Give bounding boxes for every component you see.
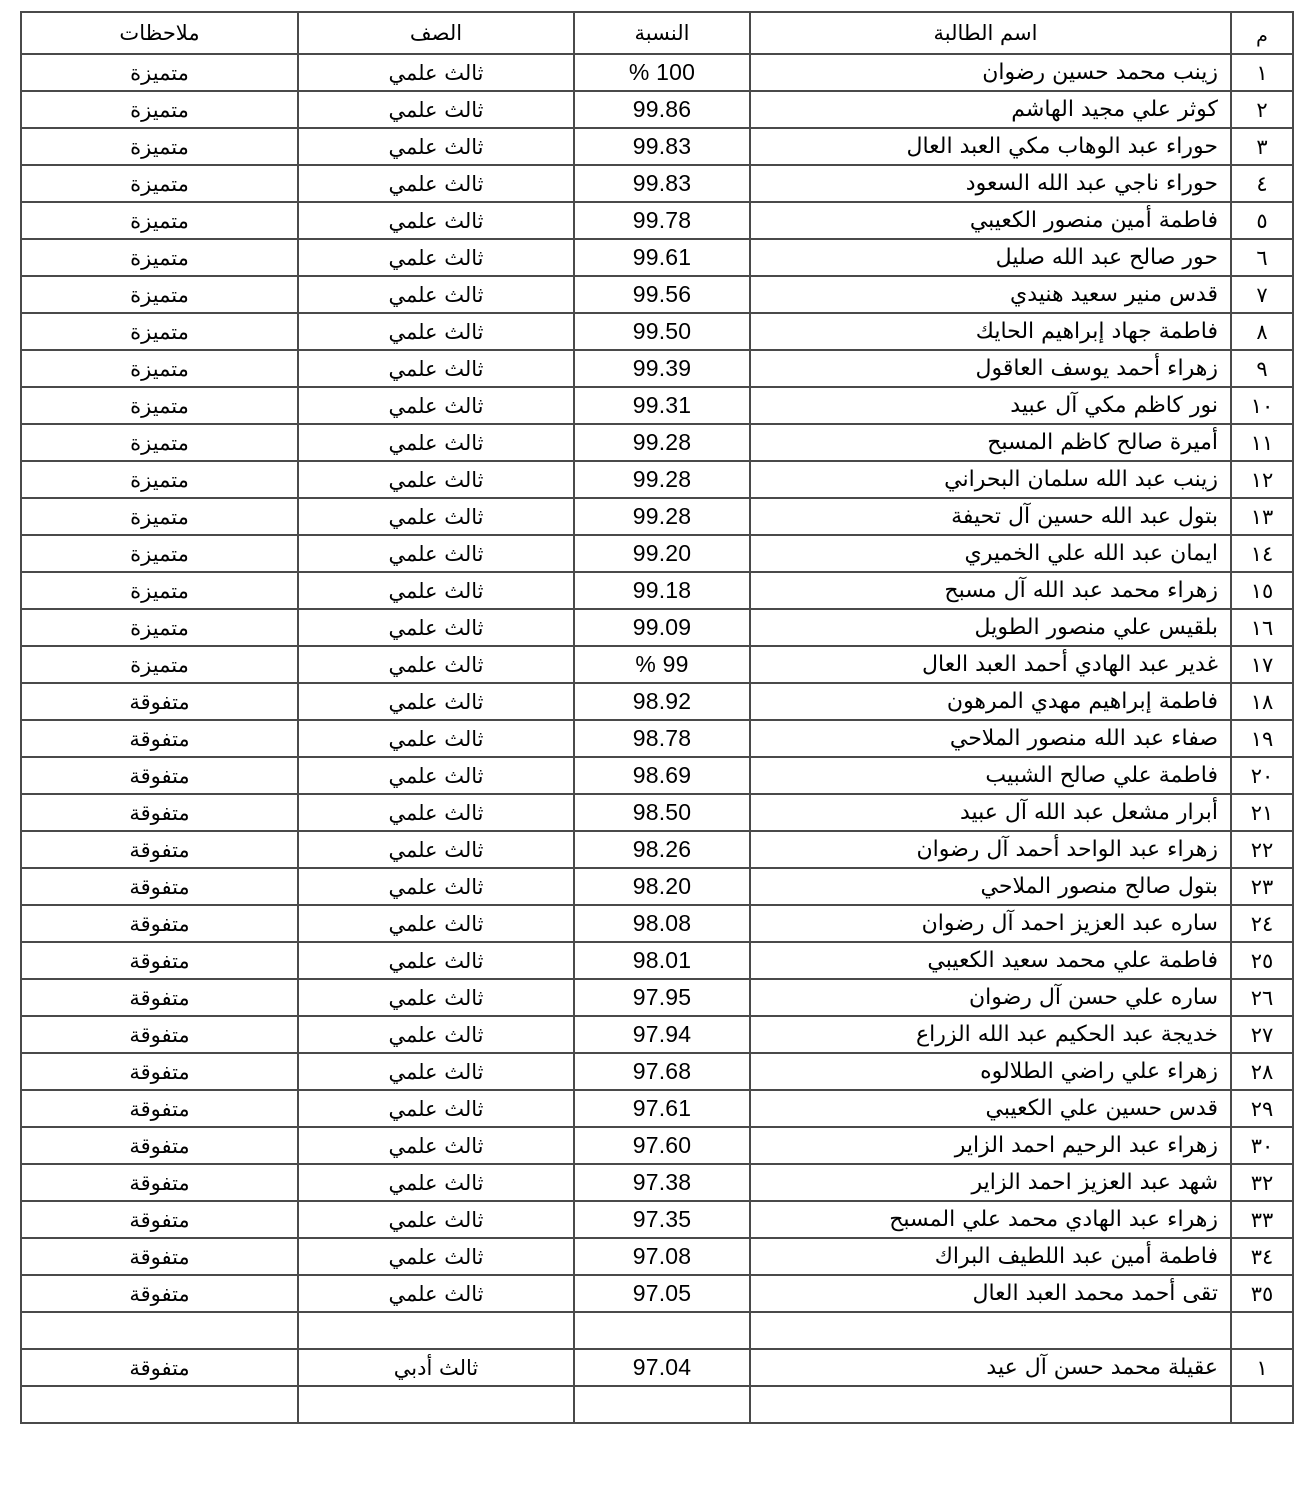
table-row: ١٦ بلقيس علي منصور الطويل 99.09 ثالث علم… [21,609,1293,646]
student-class: ثالث علمي [298,646,574,683]
table-body: ١ زينب محمد حسين رضوان 100 % ثالث علمي م… [21,54,1293,1423]
table-row: ٢٠ فاطمة علي صالح الشبيب 98.69 ثالث علمي… [21,757,1293,794]
student-notes: متفوقة [21,683,298,720]
row-index: ٢١ [1231,794,1293,831]
row-index: ٢٦ [1231,979,1293,1016]
student-name: خديجة عبد الحكيم عبد الله الزراع [750,1016,1231,1053]
student-percentage: 99.09 [574,609,750,646]
table-row: ٦ حور صالح عبد الله صليل 99.61 ثالث علمي… [21,239,1293,276]
student-class: ثالث علمي [298,720,574,757]
student-percentage: 98.50 [574,794,750,831]
document-page: م اسم الطالبة النسبة الصف ملاحظات ١ زينب… [20,11,1292,1424]
header-percentage: النسبة [574,12,750,54]
student-percentage: 97.61 [574,1090,750,1127]
student-percentage: 97.04 [574,1349,750,1386]
row-index: ١١ [1231,424,1293,461]
student-percentage: 98.69 [574,757,750,794]
student-percentage: 99.78 [574,202,750,239]
student-notes: متميزة [21,461,298,498]
student-percentage: 99.50 [574,313,750,350]
row-index: ٣٢ [1231,1164,1293,1201]
student-class: ثالث علمي [298,461,574,498]
empty-cell [574,1386,750,1423]
table-row: ٢ كوثر علي مجيد الهاشم 99.86 ثالث علمي م… [21,91,1293,128]
table-row: ٢١ أبرار مشعل عبد الله آل عبيد 98.50 ثال… [21,794,1293,831]
student-notes: متميزة [21,609,298,646]
student-percentage: 99.31 [574,387,750,424]
student-percentage: 99.28 [574,498,750,535]
student-percentage: 97.38 [574,1164,750,1201]
row-index: ١ [1231,54,1293,91]
row-index: ٢٤ [1231,905,1293,942]
row-index: ٦ [1231,239,1293,276]
student-percentage: 99.83 [574,128,750,165]
student-notes: متفوقة [21,831,298,868]
student-percentage: 98.26 [574,831,750,868]
row-index: ٢٩ [1231,1090,1293,1127]
row-index: ٣٣ [1231,1201,1293,1238]
empty-cell [298,1312,574,1349]
student-name: زهراء عبد الرحيم احمد الزاير [750,1127,1231,1164]
student-percentage: 99.20 [574,535,750,572]
student-notes: متفوقة [21,942,298,979]
table-row: ٢٢ زهراء عبد الواحد أحمد آل رضوان 98.26 … [21,831,1293,868]
student-notes: متميزة [21,387,298,424]
table-row: ٢٩ قدس حسين علي الكعيبي 97.61 ثالث علمي … [21,1090,1293,1127]
row-index: ١٥ [1231,572,1293,609]
empty-row [21,1386,1293,1423]
student-class: ثالث علمي [298,905,574,942]
student-name: زينب عبد الله سلمان البحراني [750,461,1231,498]
student-percentage: 97.95 [574,979,750,1016]
row-index: ٨ [1231,313,1293,350]
table-row: ١ زينب محمد حسين رضوان 100 % ثالث علمي م… [21,54,1293,91]
table-row: ٢٥ فاطمة علي محمد سعيد الكعيبي 98.01 ثال… [21,942,1293,979]
student-notes: متفوقة [21,1127,298,1164]
student-class: ثالث علمي [298,794,574,831]
empty-cell [750,1386,1231,1423]
student-percentage: 97.68 [574,1053,750,1090]
student-class: ثالث أدبي [298,1349,574,1386]
empty-cell [750,1312,1231,1349]
student-name: شهد عبد العزيز احمد الزاير [750,1164,1231,1201]
student-percentage: 100 % [574,54,750,91]
student-class: ثالث علمي [298,1164,574,1201]
student-percentage: 98.01 [574,942,750,979]
student-percentage: 99.18 [574,572,750,609]
student-percentage: 99.86 [574,91,750,128]
student-percentage: 97.08 [574,1238,750,1275]
row-index: ٣ [1231,128,1293,165]
student-name: بتول عبد الله حسين آل تحيفة [750,498,1231,535]
table-row: ١٥ زهراء محمد عبد الله آل مسبح 99.18 ثال… [21,572,1293,609]
table-row: ٣٥ تقى أحمد محمد العبد العال 97.05 ثالث … [21,1275,1293,1312]
student-class: ثالث علمي [298,609,574,646]
student-class: ثالث علمي [298,979,574,1016]
student-percentage: 99.39 [574,350,750,387]
student-class: ثالث علمي [298,1053,574,1090]
row-index: ٥ [1231,202,1293,239]
student-class: ثالث علمي [298,424,574,461]
student-class: ثالث علمي [298,1016,574,1053]
student-class: ثالث علمي [298,276,574,313]
student-notes: متميزة [21,276,298,313]
student-percentage: 99.28 [574,461,750,498]
student-notes: متميزة [21,646,298,683]
student-name: زهراء علي راضي الطلالوه [750,1053,1231,1090]
student-notes: متفوقة [21,757,298,794]
student-notes: متفوقة [21,720,298,757]
table-row: ٥ فاطمة أمين منصور الكعيبي 99.78 ثالث عل… [21,202,1293,239]
table-row: ٢٨ زهراء علي راضي الطلالوه 97.68 ثالث عل… [21,1053,1293,1090]
student-percentage: 98.78 [574,720,750,757]
table-row: ٢٧ خديجة عبد الحكيم عبد الله الزراع 97.9… [21,1016,1293,1053]
student-notes: متفوقة [21,1201,298,1238]
student-name: صفاء عبد الله منصور الملاحي [750,720,1231,757]
row-index: ١٦ [1231,609,1293,646]
student-class: ثالث علمي [298,1201,574,1238]
row-index: ٤ [1231,165,1293,202]
empty-cell [574,1312,750,1349]
row-index: ١٨ [1231,683,1293,720]
table-row: ١٠ نور كاظم مكي آل عبيد 99.31 ثالث علمي … [21,387,1293,424]
student-percentage: 99.56 [574,276,750,313]
student-class: ثالث علمي [298,683,574,720]
student-notes: متميزة [21,239,298,276]
student-class: ثالث علمي [298,535,574,572]
students-honor-table: م اسم الطالبة النسبة الصف ملاحظات ١ زينب… [20,11,1294,1424]
student-name: قدس حسين علي الكعيبي [750,1090,1231,1127]
student-name: ساره عبد العزيز احمد آل رضوان [750,905,1231,942]
student-name: نور كاظم مكي آل عبيد [750,387,1231,424]
student-notes: متفوقة [21,868,298,905]
student-class: ثالث علمي [298,831,574,868]
empty-cell [21,1312,298,1349]
student-name: زهراء أحمد يوسف العاقول [750,350,1231,387]
student-name: ساره علي حسن آل رضوان [750,979,1231,1016]
table-row: ٣٠ زهراء عبد الرحيم احمد الزاير 97.60 ثا… [21,1127,1293,1164]
row-index: ٢٣ [1231,868,1293,905]
student-class: ثالث علمي [298,313,574,350]
student-name: أبرار مشعل عبد الله آل عبيد [750,794,1231,831]
student-name: زهراء عبد الواحد أحمد آل رضوان [750,831,1231,868]
row-index: ٢٥ [1231,942,1293,979]
student-notes: متفوقة [21,1238,298,1275]
student-notes: متفوقة [21,1053,298,1090]
empty-cell [21,1386,298,1423]
student-name: تقى أحمد محمد العبد العال [750,1275,1231,1312]
student-percentage: 99 % [574,646,750,683]
student-class: ثالث علمي [298,202,574,239]
student-notes: متفوقة [21,1349,298,1386]
row-index: ١٧ [1231,646,1293,683]
student-name: بتول صالح منصور الملاحي [750,868,1231,905]
table-row: ١٣ بتول عبد الله حسين آل تحيفة 99.28 ثال… [21,498,1293,535]
row-index: ١٩ [1231,720,1293,757]
empty-cell [1231,1386,1293,1423]
row-index: ١٢ [1231,461,1293,498]
student-notes: متفوقة [21,1090,298,1127]
student-name: فاطمة أمين منصور الكعيبي [750,202,1231,239]
student-notes: متميزة [21,313,298,350]
table-row: ١ عقيلة محمد حسن آل عيد 97.04 ثالث أدبي … [21,1349,1293,1386]
empty-cell [298,1386,574,1423]
row-index: ٢٢ [1231,831,1293,868]
student-notes: متميزة [21,535,298,572]
student-name: ايمان عبد الله علي الخميري [750,535,1231,572]
table-row: ٣ حوراء عبد الوهاب مكي العبد العال 99.83… [21,128,1293,165]
student-percentage: 98.20 [574,868,750,905]
table-row: ١٧ غدير عبد الهادي أحمد العبد العال 99 %… [21,646,1293,683]
table-row: ١٢ زينب عبد الله سلمان البحراني 99.28 ثا… [21,461,1293,498]
student-notes: متميزة [21,91,298,128]
student-class: ثالث علمي [298,54,574,91]
student-percentage: 99.83 [574,165,750,202]
student-class: ثالث علمي [298,1238,574,1275]
row-index: ٢٧ [1231,1016,1293,1053]
student-class: ثالث علمي [298,942,574,979]
student-name: فاطمة إبراهيم مهدي المرهون [750,683,1231,720]
student-notes: متفوقة [21,1275,298,1312]
row-index: ٣٠ [1231,1127,1293,1164]
table-row: ٢٤ ساره عبد العزيز احمد آل رضوان 98.08 ث… [21,905,1293,942]
student-notes: متميزة [21,498,298,535]
row-index: ٩ [1231,350,1293,387]
student-class: ثالث علمي [298,165,574,202]
empty-cell [1231,1312,1293,1349]
student-name: أميرة صالح كاظم المسبح [750,424,1231,461]
table-row: ٢٣ بتول صالح منصور الملاحي 98.20 ثالث عل… [21,868,1293,905]
student-notes: متفوقة [21,979,298,1016]
student-notes: متميزة [21,54,298,91]
student-notes: متميزة [21,202,298,239]
student-name: قدس منير سعيد هنيدي [750,276,1231,313]
student-notes: متميزة [21,424,298,461]
row-index: ١ [1231,1349,1293,1386]
student-name: حور صالح عبد الله صليل [750,239,1231,276]
table-row: ١٤ ايمان عبد الله علي الخميري 99.20 ثالث… [21,535,1293,572]
student-class: ثالث علمي [298,757,574,794]
student-name: عقيلة محمد حسن آل عيد [750,1349,1231,1386]
student-name: فاطمة علي محمد سعيد الكعيبي [750,942,1231,979]
row-index: ٣٥ [1231,1275,1293,1312]
table-row: ٨ فاطمة جهاد إبراهيم الحايك 99.50 ثالث ع… [21,313,1293,350]
student-name: فاطمة جهاد إبراهيم الحايك [750,313,1231,350]
header-notes: ملاحظات [21,12,298,54]
student-class: ثالث علمي [298,868,574,905]
student-class: ثالث علمي [298,91,574,128]
student-name: فاطمة علي صالح الشبيب [750,757,1231,794]
student-name: فاطمة أمين عبد اللطيف البراك [750,1238,1231,1275]
student-class: ثالث علمي [298,1127,574,1164]
student-percentage: 99.28 [574,424,750,461]
header-index: م [1231,12,1293,54]
student-name: حوراء عبد الوهاب مكي العبد العال [750,128,1231,165]
table-row: ٣٣ زهراء عبد الهادي محمد علي المسبح 97.3… [21,1201,1293,1238]
student-notes: متفوقة [21,794,298,831]
student-name: كوثر علي مجيد الهاشم [750,91,1231,128]
student-notes: متميزة [21,128,298,165]
table-row: ٧ قدس منير سعيد هنيدي 99.56 ثالث علمي مت… [21,276,1293,313]
student-name: زهراء محمد عبد الله آل مسبح [750,572,1231,609]
header-student-name: اسم الطالبة [750,12,1231,54]
table-row: ٩ زهراء أحمد يوسف العاقول 99.39 ثالث علم… [21,350,1293,387]
student-class: ثالث علمي [298,239,574,276]
table-header-row: م اسم الطالبة النسبة الصف ملاحظات [21,12,1293,54]
student-name: زهراء عبد الهادي محمد علي المسبح [750,1201,1231,1238]
student-name: زينب محمد حسين رضوان [750,54,1231,91]
row-index: ١٤ [1231,535,1293,572]
student-notes: متفوقة [21,1016,298,1053]
student-class: ثالث علمي [298,498,574,535]
student-notes: متميزة [21,165,298,202]
student-class: ثالث علمي [298,1090,574,1127]
header-class: الصف [298,12,574,54]
table-row: ١٩ صفاء عبد الله منصور الملاحي 98.78 ثال… [21,720,1293,757]
student-percentage: 97.35 [574,1201,750,1238]
student-notes: متميزة [21,572,298,609]
student-class: ثالث علمي [298,128,574,165]
table-row: ١١ أميرة صالح كاظم المسبح 99.28 ثالث علم… [21,424,1293,461]
student-percentage: 98.08 [574,905,750,942]
student-class: ثالث علمي [298,350,574,387]
student-name: غدير عبد الهادي أحمد العبد العال [750,646,1231,683]
empty-row [21,1312,1293,1349]
row-index: ١٠ [1231,387,1293,424]
student-notes: متميزة [21,350,298,387]
table-row: ٣٤ فاطمة أمين عبد اللطيف البراك 97.08 ثا… [21,1238,1293,1275]
table-row: ٢٦ ساره علي حسن آل رضوان 97.95 ثالث علمي… [21,979,1293,1016]
student-percentage: 99.61 [574,239,750,276]
student-name: حوراء ناجي عبد الله السعود [750,165,1231,202]
row-index: ٢٨ [1231,1053,1293,1090]
student-notes: متفوقة [21,905,298,942]
student-percentage: 97.94 [574,1016,750,1053]
table-row: ١٨ فاطمة إبراهيم مهدي المرهون 98.92 ثالث… [21,683,1293,720]
table-row: ٤ حوراء ناجي عبد الله السعود 99.83 ثالث … [21,165,1293,202]
student-percentage: 98.92 [574,683,750,720]
table-row: ٣٢ شهد عبد العزيز احمد الزاير 97.38 ثالث… [21,1164,1293,1201]
row-index: ٢٠ [1231,757,1293,794]
student-class: ثالث علمي [298,572,574,609]
student-class: ثالث علمي [298,387,574,424]
student-notes: متفوقة [21,1164,298,1201]
student-percentage: 97.05 [574,1275,750,1312]
student-name: بلقيس علي منصور الطويل [750,609,1231,646]
student-percentage: 97.60 [574,1127,750,1164]
student-class: ثالث علمي [298,1275,574,1312]
row-index: ٧ [1231,276,1293,313]
row-index: ٣٤ [1231,1238,1293,1275]
row-index: ١٣ [1231,498,1293,535]
row-index: ٢ [1231,91,1293,128]
